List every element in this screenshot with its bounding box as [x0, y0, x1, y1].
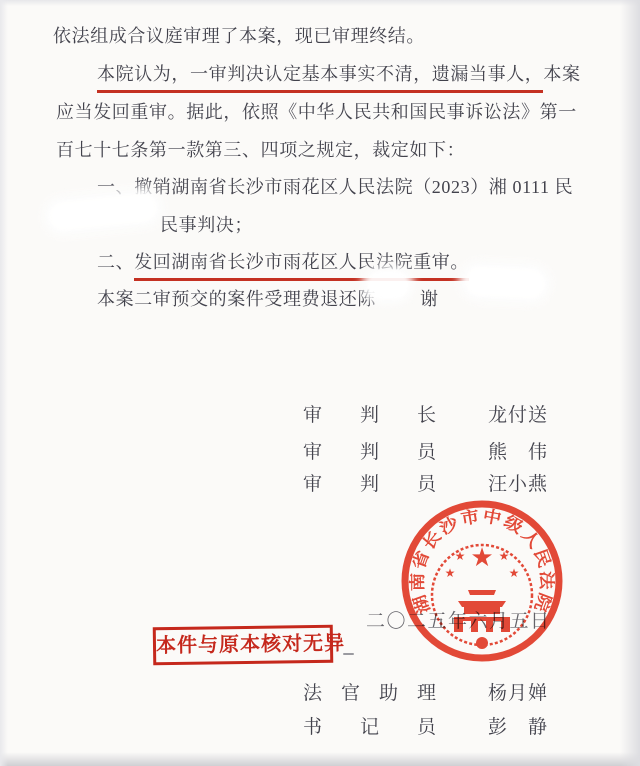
page-edge-bottom	[0, 752, 640, 766]
ruling-item-1: 一、撤销湖南省长沙市雨花区人民法院（2023）湘 0111 民	[97, 175, 573, 199]
star-icon: ★	[499, 549, 510, 563]
star-icon: ★	[470, 543, 493, 572]
page-edge-right	[620, 0, 640, 766]
redaction-blur-name-1	[367, 271, 409, 299]
role-label: 书 记 员	[303, 712, 436, 739]
ruling-item-2-underlined: 发回湖南省长沙市雨花区人民法院重审。	[134, 252, 469, 281]
emblem-gear	[476, 637, 488, 649]
staff-name: 彭 静	[488, 712, 548, 739]
role-label: 审 判 员	[303, 437, 436, 464]
national-emblem: ★ ★ ★ ★ ★	[432, 543, 532, 649]
fee-refund-text-1: 本案二审预交的案件受理费退还陈	[97, 289, 376, 309]
seal-outer-ring	[405, 504, 559, 658]
role-label: 法 官 助 理	[303, 678, 436, 705]
role-label: 审 判 员	[303, 469, 436, 496]
judge-name: 龙付送	[488, 400, 548, 427]
ruling-item-1-continued: 民事判决；	[160, 213, 253, 237]
paragraph-conclusion: 依法组成合议庭审理了本案，现已审理终结。	[53, 24, 425, 48]
court-ruling-document: 依法组成合议庭审理了本案，现已审理终结。 本院认为，一审判决认定基本事实不清，遗…	[0, 0, 640, 766]
redaction-blur-name-2	[463, 265, 547, 300]
tiananmen-top-roof	[468, 590, 496, 595]
star-icon: ★	[445, 566, 456, 580]
judge-name: 熊 伟	[488, 437, 548, 464]
judge-name: 汪小燕	[488, 469, 548, 496]
role-label: 审 判 长	[303, 400, 436, 427]
opinion-rest-text: 本案	[543, 64, 580, 84]
paragraph-court-opinion: 本院认为，一审判决认定基本事实不清，遗漏当事人，本案	[97, 62, 581, 86]
ruling-date: 二〇二五年六月五日	[366, 606, 551, 633]
ruling-item-2-prefix: 二、	[97, 252, 134, 272]
star-icon: ★	[455, 549, 466, 563]
paragraph-legal-basis-2: 百七十七条第一款第三、四项之规定，裁定如下：	[56, 138, 465, 162]
page-edge-left	[0, 0, 8, 766]
ruling-item-2: 二、发回湖南省长沙市雨花区人民法院重审。	[97, 250, 469, 274]
verification-stamp: 本件与原本核对无异	[153, 625, 334, 666]
paragraph-legal-basis-1: 应当发回重审。据此，依照《中华人民共和国民事诉讼法》第一	[56, 100, 577, 124]
redaction-blur-case-number	[47, 191, 160, 232]
page-edge-top	[0, 0, 640, 6]
star-icon: ★	[509, 566, 520, 580]
fee-refund-text-2: 谢	[420, 289, 439, 309]
court-seal: 湖南省长沙市中级人民法院 ★ ★ ★ ★ ★	[398, 498, 566, 666]
staff-name: 杨月婵	[488, 678, 548, 705]
opinion-underlined-text: 本院认为，一审判决认定基本事实不清，遗漏当事人，	[97, 64, 543, 93]
